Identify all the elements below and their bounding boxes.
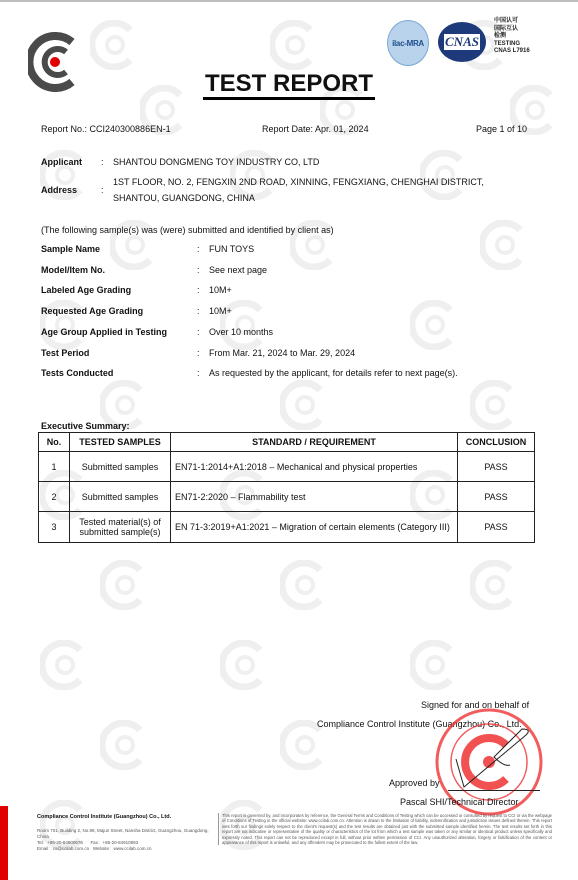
executive-summary-table: No. TESTED SAMPLES STANDARD / REQUIREMEN… [38,432,535,543]
colon: : [197,244,200,254]
field-value: Over 10 months [209,327,273,337]
cell-tested-sample: Submitted samples [70,482,171,512]
cell-no: 3 [39,512,70,543]
col-header-conclusion: CONCLUSION [458,433,535,452]
footer-contact: Room 701, Building 2, No.89, Majun Stree… [37,828,217,852]
field-label: Labeled Age Grading [41,285,131,295]
address-row: Address : 1ST FLOOR, NO. 2, FENGXIN 2ND … [41,177,541,207]
cnas-badge-icon: CNAS [438,22,486,62]
cell-tested-sample: Tested material(s) of submitted sample(s… [70,512,171,543]
field-value: As requested by the applicant, for detai… [209,368,458,378]
field-value: From Mar. 21, 2024 to Mar. 29, 2024 [209,348,355,358]
footer-email: Email：cs@ccilab.com.cn [37,846,89,851]
cell-tested-sample: Submitted samples [70,452,171,482]
address-line-1: 1ST FLOOR, NO. 2, FENGXIN 2ND ROAD, XINN… [113,177,484,187]
cnas-accreditation-text: 中国认可 国际互认 检测 TESTING CNAS L7916 [494,18,530,56]
footer-address: Room 701, Building 2, No.89, Majun Stree… [37,828,217,840]
table-row: 2Submitted samplesEN71-2:2020 – Flammabi… [39,482,535,512]
watermark-logo-icon [410,300,460,350]
colon: : [197,368,200,378]
approver-name: Pascal SHI/Technical Director [400,797,519,807]
watermark-logo-icon [480,220,530,270]
applicant-value: SHANTOU DONGMENG TOY INDUSTRY CO, LTD [113,157,319,167]
field-label: Requested Age Grading [41,306,143,316]
cell-conclusion: PASS [458,452,535,482]
watermark-logo-icon [470,380,520,430]
brand-red-bar [0,806,8,880]
table-row: 1Submitted samplesEN71-1:2014+A1:2018 – … [39,452,535,482]
page-number: Page 1 of 10 [476,124,527,134]
col-header-tested-samples: TESTED SAMPLES [70,433,171,452]
field-label: Age Group Applied in Testing [41,327,167,337]
report-number: Report No.: CCI240300886EN-1 [41,124,171,134]
approved-by-label: Approved by [389,778,440,788]
cell-no: 1 [39,452,70,482]
address-label: Address [41,185,77,195]
watermark-logo-icon [40,640,90,690]
colon: : [197,348,200,358]
footer-company: Compliance Control Institute (Guangzhou)… [37,814,171,820]
cell-standard: EN71-1:2014+A1:2018 – Mechanical and phy… [171,452,458,482]
colon: : [197,265,200,275]
colon: : [101,157,104,167]
watermark-logo-icon [280,560,330,610]
executive-summary-title: Executive Summary: [41,421,130,431]
field-label: Test Period [41,348,89,358]
cell-conclusion: PASS [458,482,535,512]
watermark-logo-icon [410,640,460,690]
watermark-logo-icon [470,560,520,610]
sample-intro: (The following sample(s) was (were) subm… [41,225,334,235]
footer-fax: Fax：+86-20-84910893 [90,840,138,845]
page-top-border [0,0,578,2]
table-header-row: No. TESTED SAMPLES STANDARD / REQUIREMEN… [39,433,535,452]
field-value: See next page [209,265,267,275]
cell-standard: EN 71-3:2019+A1:2021 – Migration of cert… [171,512,458,543]
report-date: Report Date: Apr. 01, 2024 [262,124,369,134]
colon: : [197,327,200,337]
cell-no: 2 [39,482,70,512]
table-row: 3Tested material(s) of submitted sample(… [39,512,535,543]
col-header-standard: STANDARD / REQUIREMENT [171,433,458,452]
colon: : [101,185,104,195]
watermark-logo-icon [90,20,140,70]
colon: : [197,285,200,295]
watermark-logo-icon [100,720,150,770]
watermark-logo-icon [270,20,320,70]
ilac-mra-badge-icon: ilac-MRA [387,20,429,66]
cell-standard: EN71-2:2020 – Flammability test [171,482,458,512]
footer-website[interactable]: Website：www.ccilab.com.cn [93,846,152,851]
field-label: Model/Item No. [41,265,105,275]
field-label: Sample Name [41,244,100,254]
watermark-logo-icon [220,640,270,690]
col-header-no: No. [39,433,70,452]
footer-legal-notice: This report is governed by, and incorpor… [218,813,552,845]
accreditation-badges: ilac-MRA CNAS 中国认可 国际互认 检测 TESTING CNAS … [383,18,573,68]
watermark-logo-icon [280,380,330,430]
watermark-logo-icon [100,560,150,610]
address-line-2: SHANTOU, GUANGDONG, CHINA [113,193,255,203]
field-value: FUN TOYS [209,244,254,254]
field-label: Tests Conducted [41,368,113,378]
field-value: 10M+ [209,285,232,295]
colon: : [197,306,200,316]
applicant-label: Applicant [41,157,82,167]
cell-conclusion: PASS [458,512,535,543]
signature-line [448,790,540,791]
page-title: TEST REPORT [0,70,578,98]
field-value: 10M+ [209,306,232,316]
footer-tel: Tel：+86-20-84900676 [37,840,83,845]
